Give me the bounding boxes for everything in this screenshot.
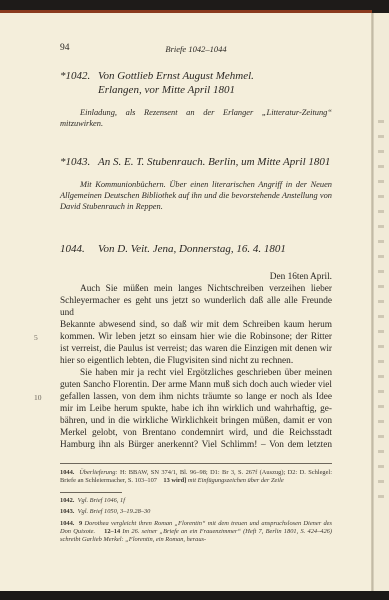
entry-heading-1044: 1044.Von D. Veit. Jena, Donnerstag, 16. …	[60, 242, 332, 256]
commentary-number: 1042.	[60, 497, 74, 504]
letter-line: kommen. Wir leben jetzt so einsam hier w…	[60, 331, 332, 343]
letter-line-text: kommen. Wir leben jetzt so einsam hier w…	[60, 332, 332, 342]
running-title: Briefe 1042–1044	[60, 44, 332, 54]
commentary-rule	[60, 492, 122, 493]
letter-line: guten Sancho Florentin. Der arme Mann mu…	[60, 379, 332, 391]
letter-line: hier so eigentlich lebten, die Flugvisit…	[60, 355, 332, 367]
letter-line: Hamburg ihn als Bürger anerkennt? Viel S…	[60, 439, 332, 451]
commentary-note-1044: 1044. 9 Dorothea vergleicht ihren Roman …	[60, 520, 332, 545]
apparatus-number: 1044.	[60, 469, 74, 476]
apparatus-lemma: 13 wird]	[163, 477, 186, 484]
letter-line: Auch Sie müßen mein langes Nichtschreibe…	[60, 283, 332, 295]
commentary-text: Vgl. Brief 1050, 3–19.28–30	[78, 508, 151, 515]
entry-heading-1043: *1043.An S. E. T. Stubenrauch. Berlin, u…	[60, 155, 332, 169]
letter-line-text: bähren, und in die wirkliche Wirklichkei…	[60, 416, 332, 426]
entry-summary-1043: Mit Kommunionbüchern. Über einen literar…	[60, 179, 332, 212]
letter-date-line: Den 16ten April.	[60, 271, 332, 283]
letter-line-text: Bekannte abwesend sind, so daß wir mit d…	[60, 320, 332, 330]
facing-page-text-marks	[378, 120, 386, 510]
letter-line-text: Merkel gelobt, von Brentano condemnirt w…	[60, 428, 332, 438]
page-content: 94 Briefe 1042–1044 *1042.Von Gottlieb E…	[60, 43, 332, 545]
letter-line: Sie haben mir ja recht viel Ergötzliches…	[60, 367, 332, 379]
apparatus-section: 1044. Überlieferung: H: BBAW, SN 374/1, …	[60, 463, 332, 545]
commentary-number: 1043.	[60, 508, 74, 515]
letter-line-text: mir im Leibe herum spukte, habe ich ihn …	[60, 404, 332, 414]
letter-line: mir im Leibe herum spukte, habe ich ihn …	[60, 403, 332, 415]
letter-line-text: gefallen lassen, von dem ihm nichts träu…	[60, 392, 332, 402]
entry-heading-line1: Von D. Veit. Jena, Donnerstag, 16. 4. 18…	[98, 243, 286, 255]
letter-line: Schleyermacher es geht uns jetzt so wund…	[60, 295, 332, 319]
apparatus-note: 1044. Überlieferung: H: BBAW, SN 374/1, …	[60, 469, 332, 486]
entry-summary-1042: Einladung, als Rezensent an der Erlanger…	[60, 107, 332, 129]
commentary-lemma: 12–14	[104, 528, 120, 535]
letter-line-text: hier so eigentlich lebten, die Flugvisit…	[60, 356, 293, 366]
line-number: 10	[34, 392, 42, 404]
entry-heading-1042: *1042.Von Gottlieb Ernst August Mehmel. …	[60, 69, 332, 97]
entry-heading-line2: Erlangen, vor Mitte April 1801	[60, 83, 332, 97]
commentary-lemma: 9	[79, 520, 82, 527]
entry-number: 1044.	[60, 242, 98, 256]
letter-body: Auch Sie müßen mein langes Nichtschreibe…	[60, 283, 332, 451]
apparatus-label: Überlieferung:	[79, 469, 117, 476]
letter-line-text: Hamburg ihn als Bürger anerkennt? Viel S…	[60, 440, 332, 450]
entry-number: *1042.	[60, 69, 98, 83]
line-number: 5	[34, 332, 38, 344]
entry-heading-line1: An S. E. T. Stubenrauch. Berlin, um Mitt…	[98, 156, 330, 168]
scan-bottom-border	[0, 591, 389, 600]
commentary-text: Im 26. seiner „Briefe an ein Frauenzimme…	[60, 528, 332, 543]
entry-number: *1043.	[60, 155, 98, 169]
letter-line-text: Schleyermacher es geht uns jetzt so wund…	[60, 296, 332, 318]
scan-top-border	[0, 0, 389, 10]
commentary-text: Vgl. Brief 1046, 1f	[78, 497, 125, 504]
letter-line: ist verreist, die Paulus ist verreist; d…	[60, 343, 332, 355]
commentary-note-1042: 1042. Vgl. Brief 1046, 1f	[60, 497, 332, 505]
letter-line: bähren, und in die wirkliche Wirklichkei…	[60, 415, 332, 427]
letter-line-text: Auch Sie müßen mein langes Nichtschreibe…	[80, 284, 332, 294]
commentary-note-1043: 1043. Vgl. Brief 1050, 3–19.28–30	[60, 508, 332, 516]
letter-line-text: ist verreist, die Paulus ist verreist; d…	[60, 344, 332, 354]
apparatus-lemma-note: mit Einfügungszeichen über der Zeile	[188, 477, 284, 484]
running-head: 94 Briefe 1042–1044	[60, 43, 332, 57]
letter-line: gefallen lassen, von dem ihm nichts träu…	[60, 391, 332, 403]
letter-line-text: guten Sancho Florentin. Der arme Mann mu…	[60, 380, 332, 390]
letter-line: Merkel gelobt, von Brentano condemnirt w…	[60, 427, 332, 439]
commentary-number: 1044.	[60, 520, 74, 527]
letter-line: Bekannte abwesend sind, so daß wir mit d…	[60, 319, 332, 331]
letter-line-text: Sie haben mir ja recht viel Ergötzliches…	[80, 368, 332, 378]
entry-heading-line1: Von Gottlieb Ernst August Mehmel.	[98, 70, 254, 82]
